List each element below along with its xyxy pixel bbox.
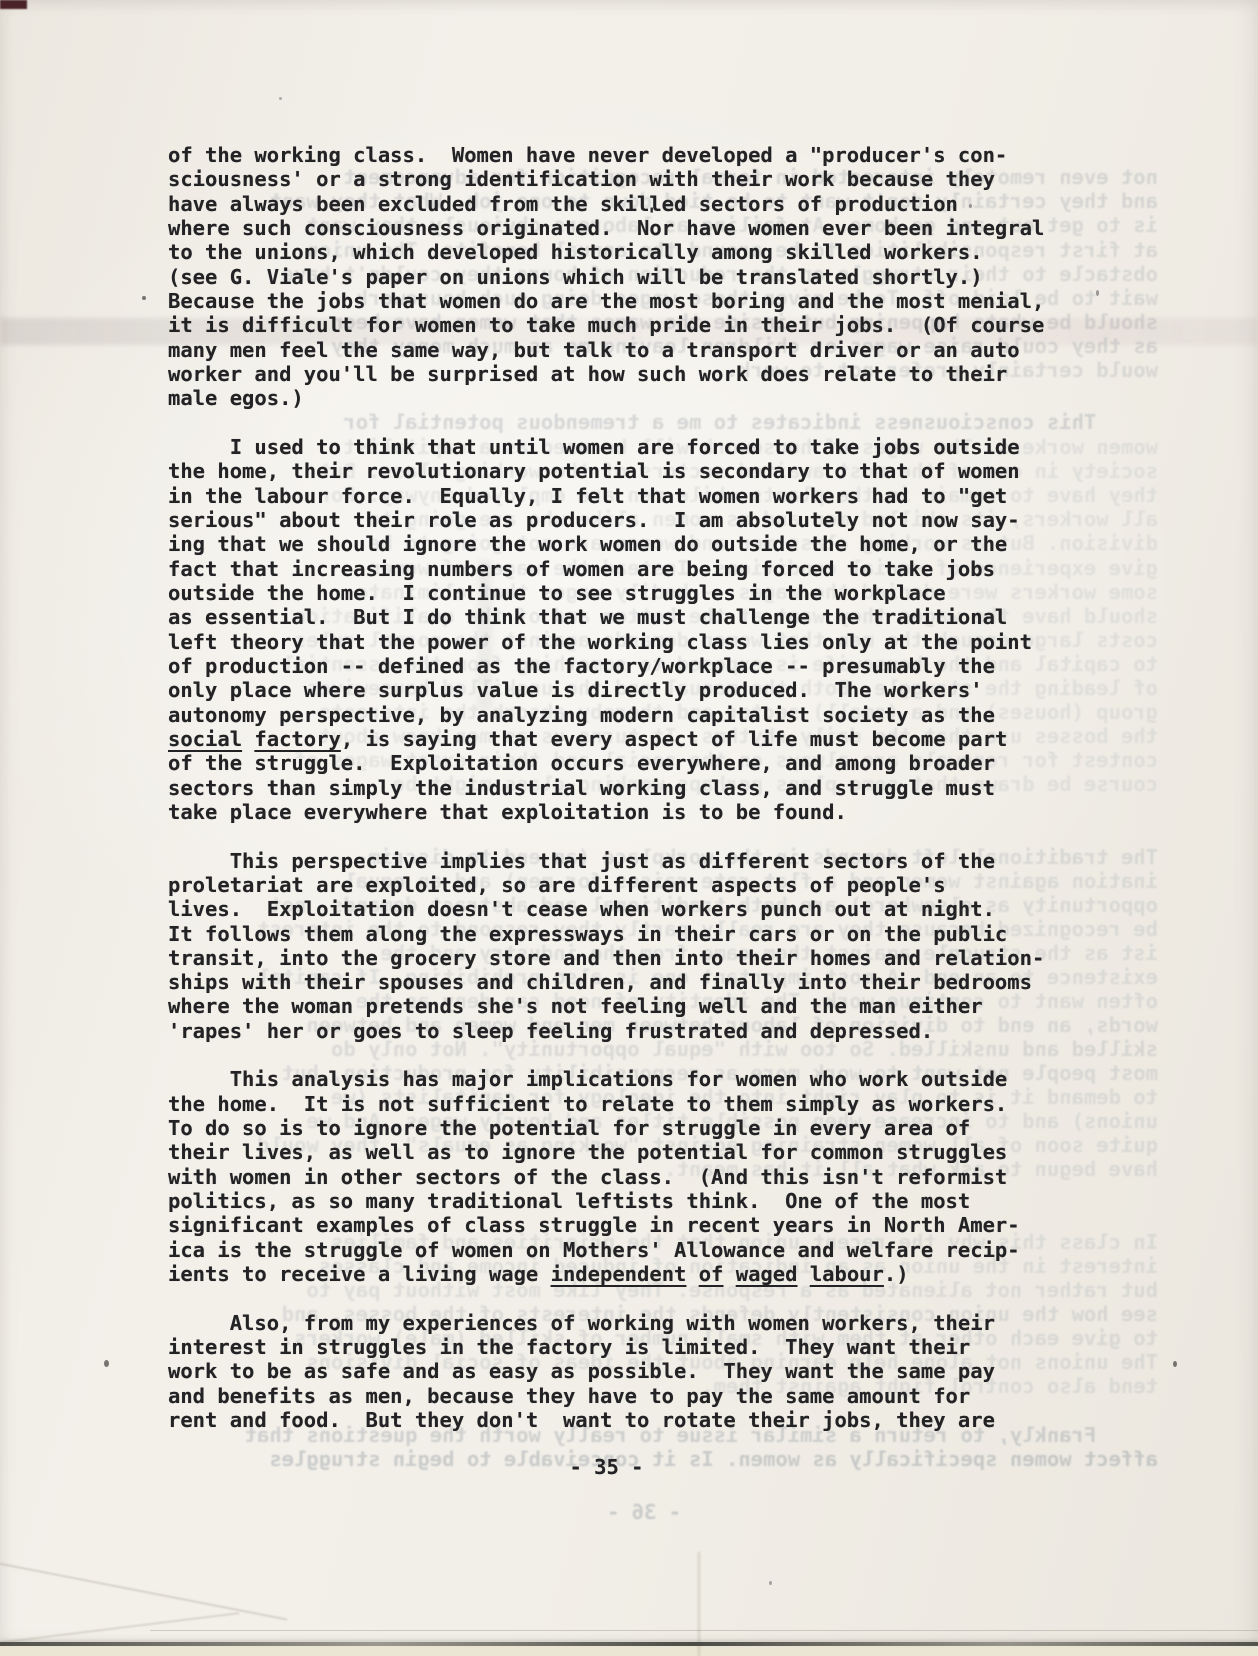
text-line: and benefits as men, because they have t… [168, 1384, 1058, 1408]
text-line: fact that increasing numbers of women ar… [168, 557, 1058, 581]
scan-speck [1096, 290, 1099, 296]
text-line: work to be as safe and as easy as possib… [168, 1359, 1058, 1383]
text-line: their lives, as well as to ignore the po… [168, 1140, 1058, 1164]
text-line: with women in other sectors of the class… [168, 1165, 1058, 1189]
text-line: ships with their spouses and children, a… [168, 970, 1058, 994]
text-line: It follows them along the expressways in… [168, 922, 1058, 946]
paragraph: of the working class. Women have never d… [168, 143, 1058, 411]
text-line: rent and food. But they don't want to ro… [168, 1408, 1058, 1432]
text-line: ing that we should ignore the work women… [168, 532, 1058, 556]
text-line: serious" about their role as producers. … [168, 508, 1058, 532]
text-line: to the unions, which developed historica… [168, 240, 1058, 264]
paragraph: Also, from my experiences of working wit… [168, 1311, 1058, 1433]
text-line: male egos.) [168, 386, 1058, 410]
text-line: have always been excluded from the skill… [168, 192, 1058, 216]
text-line: where such consciousness originated. Nor… [168, 216, 1058, 240]
text-line: This analysis has major implications for… [168, 1067, 1058, 1091]
scan-speck [1173, 1361, 1177, 1367]
text-line: the home, their revolutionary potential … [168, 459, 1058, 483]
text-line: autonomy perspective, by analyzing moder… [168, 703, 1058, 727]
scan-speck [142, 296, 146, 300]
text-line: Because the jobs that women do are the m… [168, 289, 1058, 313]
text-line: take place everywhere that exploitation … [168, 800, 1058, 824]
text-line: of production -- defined as the factory/… [168, 654, 1058, 678]
text-line: the home. It is not sufficient to relate… [168, 1092, 1058, 1116]
typewritten-text: of the working class. Women have never d… [168, 143, 1058, 1457]
scan-speck [279, 97, 282, 100]
diagonal-crease [0, 1557, 287, 1620]
text-line: I used to think that until women are for… [168, 435, 1058, 459]
text-line: in the labour force. Equally, I felt tha… [168, 484, 1058, 508]
text-line: lives. Exploitation doesn't cease when w… [168, 897, 1058, 921]
paper-edge-faint-line [150, 1630, 1258, 1631]
vertical-crease [698, 1552, 700, 1656]
text-line: This perspective implies that just as di… [168, 849, 1058, 873]
paper-bottom-edge [0, 1642, 1258, 1646]
stray-typed-mark: ' [646, 204, 657, 226]
text-line: 'rapes' her or goes to sleep feeling fru… [168, 1019, 1058, 1043]
text-line: sciousness' or a strong identification w… [168, 167, 1058, 191]
text-line: only place where surplus value is direct… [168, 678, 1058, 702]
diagonal-crease [0, 1612, 239, 1645]
bleedthrough-page-number: - 36 - [130, 1500, 1158, 1524]
text-line: ica is the struggle of women on Mothers'… [168, 1238, 1058, 1262]
scan-speck [969, 204, 972, 208]
text-line: of the working class. Women have never d… [168, 143, 1058, 167]
scan-speck [104, 1360, 109, 1367]
scan-speck [769, 1581, 772, 1585]
paper-sheet: not even remotely interested in formal r… [0, 0, 1258, 1645]
text-line: sectors than simply the industrial worki… [168, 776, 1058, 800]
text-line: many men feel the same way, but talk to … [168, 338, 1058, 362]
corner-mark [0, 0, 27, 9]
text-line: outside the home. I continue to see stru… [168, 581, 1058, 605]
scanned-page: not even remotely interested in formal r… [0, 0, 1258, 1656]
text-line: social factory, is saying that every asp… [168, 727, 1058, 751]
text-line: left theory that the power of the workin… [168, 630, 1058, 654]
text-line: To do so is to ignore the potential for … [168, 1116, 1058, 1140]
page-number: - 35 - [168, 1455, 1045, 1479]
text-line: interest in struggles in the factory is … [168, 1335, 1058, 1359]
paragraph: I used to think that until women are for… [168, 435, 1058, 824]
text-line: politics, as so many traditional leftist… [168, 1189, 1058, 1213]
text-line: significant examples of class struggle i… [168, 1213, 1058, 1237]
text-line: it is difficult for women to take much p… [168, 313, 1058, 337]
text-line: Also, from my experiences of working wit… [168, 1311, 1058, 1335]
text-line: as essential. But I do think that we mus… [168, 605, 1058, 629]
text-line: of the struggle. Exploitation occurs eve… [168, 751, 1058, 775]
text-line: worker and you'll be surprised at how su… [168, 362, 1058, 386]
paragraph: This analysis has major implications for… [168, 1067, 1058, 1286]
text-line: where the woman pretends she's not feeli… [168, 994, 1058, 1018]
text-line: (see G. Viale's paper on unions which wi… [168, 265, 1058, 289]
text-line: proletariat are exploited, so are differ… [168, 873, 1058, 897]
text-line: ients to receive a living wage independe… [168, 1262, 1058, 1286]
paragraph: This perspective implies that just as di… [168, 849, 1058, 1044]
text-line: transit, into the grocery store and then… [168, 946, 1058, 970]
